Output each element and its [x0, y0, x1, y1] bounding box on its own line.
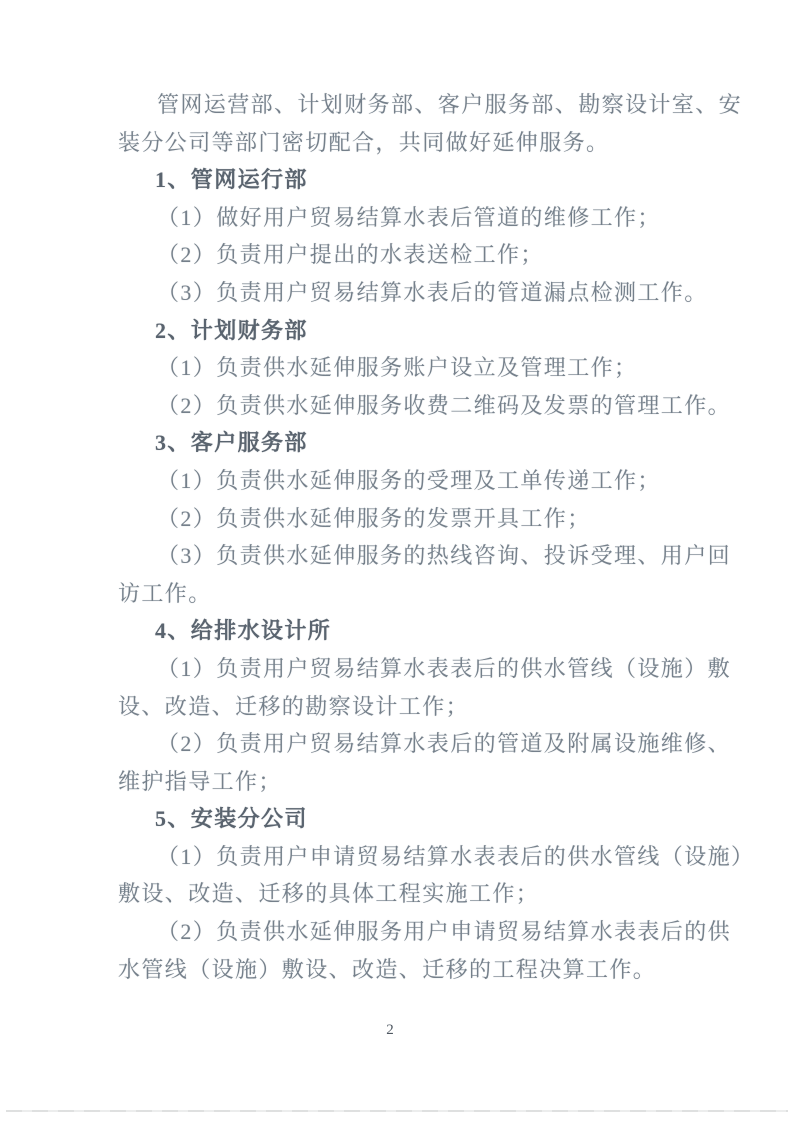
text-line: 水管线（设施）敷设、改造、迁移的工程决算工作。	[0, 951, 794, 989]
text-line: （2）负责用户贸易结算水表后的管道及附属设施维修、	[0, 725, 794, 763]
text-line: （2）负责用户提出的水表送检工作；	[0, 236, 794, 274]
page-number: 2	[0, 1022, 780, 1039]
text-line: 维护指导工作；	[0, 763, 794, 801]
text-line: （1）负责供水延伸服务的受理及工单传递工作；	[0, 462, 794, 500]
text-line: （2）负责供水延伸服务收费二维码及发票的管理工作。	[0, 387, 794, 425]
text-line: 装分公司等部门密切配合，共同做好延伸服务。	[0, 124, 794, 162]
text-line: 设、改造、迁移的勘察设计工作；	[0, 688, 794, 726]
text-line: 3、客户服务部	[0, 424, 794, 462]
text-line: 1、管网运行部	[0, 161, 794, 199]
scan-artifact-line	[6, 1110, 788, 1112]
text-line: （2）负责供水延伸服务用户申请贸易结算水表表后的供	[0, 913, 794, 951]
text-line: （1）负责用户申请贸易结算水表表后的供水管线（设施）	[0, 838, 794, 876]
text-line: 5、安装分公司	[0, 800, 794, 838]
text-line: （1）做好用户贸易结算水表后管道的维修工作；	[0, 199, 794, 237]
text-line: 访工作。	[0, 575, 794, 613]
document-body: 管网运营部、计划财务部、客户服务部、勘察设计室、安装分公司等部门密切配合，共同做…	[0, 86, 794, 988]
text-line: （1）负责用户贸易结算水表表后的供水管线（设施）敷	[0, 650, 794, 688]
text-line: 4、给排水设计所	[0, 612, 794, 650]
text-line: 管网运营部、计划财务部、客户服务部、勘察设计室、安	[0, 86, 794, 124]
text-line: 敷设、改造、迁移的具体工程实施工作；	[0, 875, 794, 913]
text-line: （3）负责用户贸易结算水表后的管道漏点检测工作。	[0, 274, 794, 312]
text-line: （2）负责供水延伸服务的发票开具工作；	[0, 500, 794, 538]
text-line: （3）负责供水延伸服务的热线咨询、投诉受理、用户回	[0, 537, 794, 575]
document-page: 管网运营部、计划财务部、客户服务部、勘察设计室、安装分公司等部门密切配合，共同做…	[0, 0, 794, 1124]
text-line: 2、计划财务部	[0, 312, 794, 350]
text-line: （1）负责供水延伸服务账户设立及管理工作；	[0, 349, 794, 387]
